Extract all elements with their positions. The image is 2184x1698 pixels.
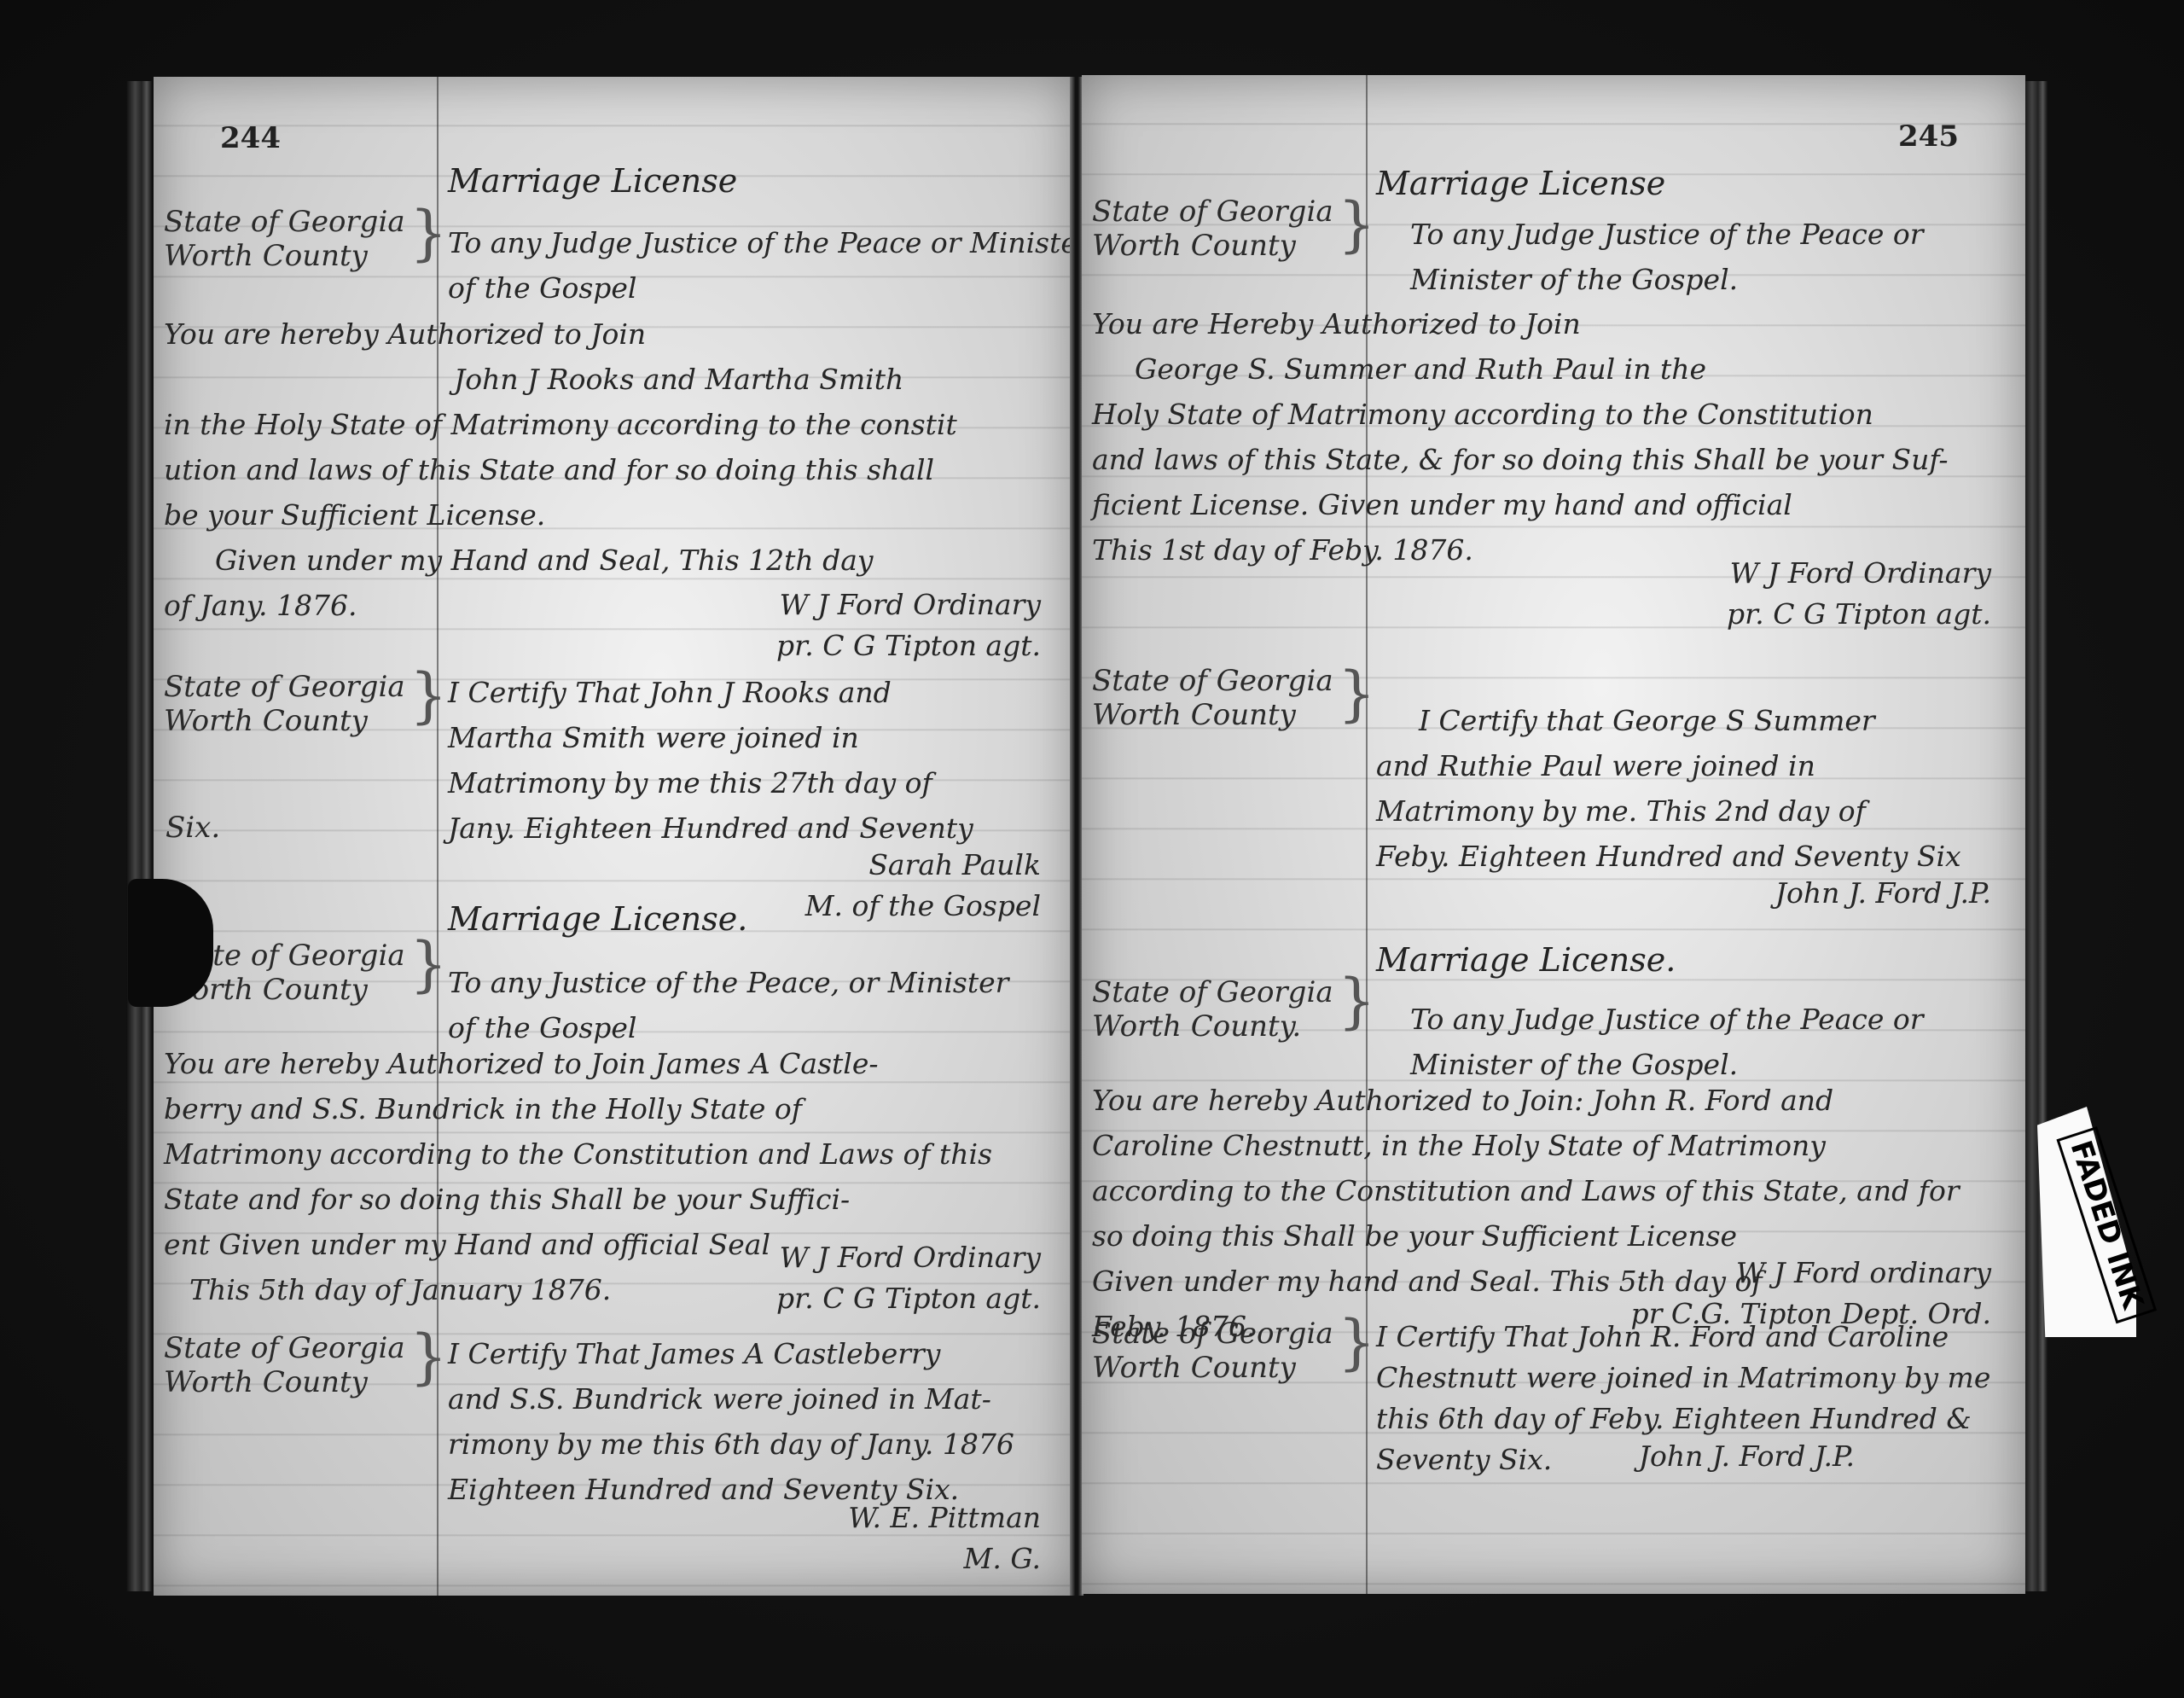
venue-label: State of Georgia Worth County xyxy=(164,205,428,273)
certificate-body: I Certify That John J Rooks and Martha S… xyxy=(448,670,1049,851)
entry-heading: Marriage License xyxy=(448,162,737,200)
left-page: 244 Marriage License State of Georgia Wo… xyxy=(154,77,1075,1596)
signature-block: W J Ford Ordinary pr. C G Tipton agt. xyxy=(1727,553,1991,635)
page-number: 245 xyxy=(1898,119,1959,154)
venue-label: State of Georgia Worth County xyxy=(1092,195,1356,263)
salutation: To any Judge Justice of the Peace or Min… xyxy=(448,220,1049,311)
venue-label: State of Georgia Worth County xyxy=(1092,664,1356,732)
margin-note: Six. xyxy=(166,811,430,845)
book-binding-right xyxy=(2024,81,2047,1591)
signature-block: John J. Ford J.P. xyxy=(1775,873,1991,914)
book-binding-left xyxy=(126,81,152,1591)
page-number: 244 xyxy=(220,121,281,155)
salutation: To any Justice of the Peace, or Minister… xyxy=(448,960,1049,1050)
signature-block: John J. Ford J.P. xyxy=(1639,1436,1855,1477)
signature-block: W J Ford Ordinary pr. C G Tipton agt. xyxy=(776,1237,1041,1319)
thumb-obstruction xyxy=(128,879,213,1007)
brace-icon: } xyxy=(1338,971,1376,1031)
signature-block: W. E. Pittman M. G. xyxy=(848,1497,1041,1579)
brace-icon: } xyxy=(1338,1312,1376,1372)
entry-heading: Marriage License. xyxy=(448,900,747,938)
brace-icon: } xyxy=(1338,664,1376,724)
entry-heading: Marriage License. xyxy=(1376,941,1676,979)
salutation: To any Judge Justice of the Peace or Min… xyxy=(1376,997,2000,1087)
license-body: You are hereby Authorized to Join John J… xyxy=(164,311,1049,628)
license-body: You are Hereby Authorized to Join George… xyxy=(1092,301,2000,573)
right-page: 245 Marriage License State of Georgia Wo… xyxy=(1082,75,2025,1594)
brace-icon: } xyxy=(1338,195,1376,254)
brace-icon: } xyxy=(409,203,448,263)
entry-heading: Marriage License xyxy=(1376,165,1665,202)
signature-block: Sarah Paulk M. of the Gospel xyxy=(805,845,1041,927)
venue-label: State of Georgia Worth County xyxy=(164,670,428,738)
signature-block: W J Ford Ordinary pr. C G Tipton agt. xyxy=(776,584,1041,666)
brace-icon: } xyxy=(409,1327,448,1387)
venue-label: State of Georgia Worth County xyxy=(164,1331,428,1399)
certificate-body: I Certify that George S Summer and Ruthi… xyxy=(1376,698,2000,879)
salutation: To any Judge Justice of the Peace or Min… xyxy=(1376,212,2000,302)
certificate-body: I Certify That James A Castleberry and S… xyxy=(448,1331,1049,1512)
venue-label: State of Georgia Worth County. xyxy=(1092,975,1356,1044)
brace-icon: } xyxy=(409,934,448,994)
venue-label: State of Georgia Worth County xyxy=(1092,1317,1356,1385)
brace-icon: } xyxy=(409,666,448,725)
